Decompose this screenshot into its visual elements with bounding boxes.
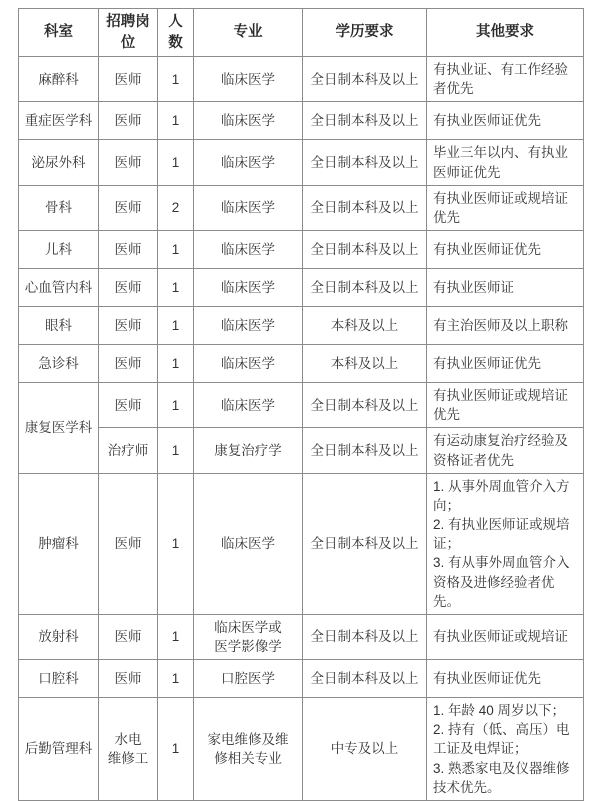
cell-education: 全日制本科及以上: [303, 269, 427, 307]
cell-major: 临床医学或 医学影像学: [194, 614, 303, 659]
cell-department: 肿瘤科: [19, 473, 99, 614]
cell-education: 全日制本科及以上: [303, 140, 427, 185]
cell-position: 医师: [99, 473, 158, 614]
cell-count: 1: [158, 140, 194, 185]
cell-position: 医师: [99, 57, 158, 102]
cell-count: 1: [158, 231, 194, 269]
cell-position: 医师: [99, 231, 158, 269]
cell-education: 中专及以上: [303, 698, 427, 801]
cell-other-requirements: 有执业医师证优先: [427, 231, 584, 269]
cell-count: 2: [158, 185, 194, 230]
cell-major: 口腔医学: [194, 660, 303, 698]
cell-major: 临床医学: [194, 269, 303, 307]
cell-count: 1: [158, 473, 194, 614]
cell-education: 全日制本科及以上: [303, 57, 427, 102]
table-row: 口腔科医师1口腔医学全日制本科及以上有执业医师证优先: [19, 660, 584, 698]
table-row: 放射科医师1临床医学或 医学影像学全日制本科及以上有执业医师证或规培证: [19, 614, 584, 659]
table-row: 后勤管理科水电 维修工1家电维修及维 修相关专业中专及以上1. 年龄 40 周岁…: [19, 698, 584, 801]
cell-count: 1: [158, 428, 194, 473]
cell-major: 家电维修及维 修相关专业: [194, 698, 303, 801]
cell-other-requirements: 1. 从事外周血管介入方向； 2. 有执业医师证或规培证； 3. 有从事外周血管…: [427, 473, 584, 614]
cell-position: 医师: [99, 383, 158, 428]
cell-other-requirements: 有执业医师证优先: [427, 660, 584, 698]
cell-education: 全日制本科及以上: [303, 383, 427, 428]
cell-position: 水电 维修工: [99, 698, 158, 801]
table-row: 眼科医师1临床医学本科及以上有主治医师及以上职称: [19, 307, 584, 345]
cell-other-requirements: 有执业医师证或规培证优先: [427, 383, 584, 428]
header-row: 科室 招聘岗位 人数 专业 学历要求 其他要求: [19, 9, 584, 57]
cell-position: 医师: [99, 660, 158, 698]
recruitment-table: 科室 招聘岗位 人数 专业 学历要求 其他要求 麻醉科医师1临床医学全日制本科及…: [18, 8, 584, 801]
cell-count: 1: [158, 660, 194, 698]
table-row: 重症医学科医师1临床医学全日制本科及以上有执业医师证优先: [19, 102, 584, 140]
cell-count: 1: [158, 345, 194, 383]
cell-major: 临床医学: [194, 345, 303, 383]
cell-major: 临床医学: [194, 140, 303, 185]
cell-department: 儿科: [19, 231, 99, 269]
cell-education: 本科及以上: [303, 345, 427, 383]
cell-education: 本科及以上: [303, 307, 427, 345]
cell-education: 全日制本科及以上: [303, 614, 427, 659]
cell-count: 1: [158, 698, 194, 801]
cell-department: 急诊科: [19, 345, 99, 383]
cell-other-requirements: 1. 年龄 40 周岁以下； 2. 持有（低、高压）电工证及电焊证； 3. 熟悉…: [427, 698, 584, 801]
cell-department: 眼科: [19, 307, 99, 345]
cell-other-requirements: 有执业医师证优先: [427, 345, 584, 383]
cell-position: 医师: [99, 140, 158, 185]
cell-department: 康复医学科: [19, 383, 99, 474]
table-row: 治疗师1康复治疗学全日制本科及以上有运动康复治疗经验及资格证者优先: [19, 428, 584, 473]
cell-department: 放射科: [19, 614, 99, 659]
cell-department: 心血管内科: [19, 269, 99, 307]
header-cell-other-requirements: 其他要求: [427, 9, 584, 57]
table-row: 骨科医师2临床医学全日制本科及以上有执业医师证或规培证优先: [19, 185, 584, 230]
table-row: 康复医学科医师1临床医学全日制本科及以上有执业医师证或规培证优先: [19, 383, 584, 428]
cell-education: 全日制本科及以上: [303, 185, 427, 230]
header-cell-department: 科室: [19, 9, 99, 57]
cell-major: 临床医学: [194, 307, 303, 345]
table-row: 心血管内科医师1临床医学全日制本科及以上有执业医师证: [19, 269, 584, 307]
cell-department: 口腔科: [19, 660, 99, 698]
cell-count: 1: [158, 383, 194, 428]
table-row: 肿瘤科医师1临床医学全日制本科及以上1. 从事外周血管介入方向； 2. 有执业医…: [19, 473, 584, 614]
cell-department: 骨科: [19, 185, 99, 230]
cell-other-requirements: 有执业医师证优先: [427, 102, 584, 140]
table-row: 泌尿外科医师1临床医学全日制本科及以上毕业三年以内、有执业医师证优先: [19, 140, 584, 185]
cell-position: 治疗师: [99, 428, 158, 473]
header-cell-count: 人数: [158, 9, 194, 57]
cell-position: 医师: [99, 614, 158, 659]
table-row: 麻醉科医师1临床医学全日制本科及以上有执业证、有工作经验者优先: [19, 57, 584, 102]
cell-position: 医师: [99, 185, 158, 230]
cell-position: 医师: [99, 269, 158, 307]
cell-count: 1: [158, 57, 194, 102]
cell-education: 全日制本科及以上: [303, 473, 427, 614]
cell-other-requirements: 有主治医师及以上职称: [427, 307, 584, 345]
cell-education: 全日制本科及以上: [303, 428, 427, 473]
cell-other-requirements: 有执业医师证: [427, 269, 584, 307]
cell-other-requirements: 有执业医师证或规培证: [427, 614, 584, 659]
table-row: 儿科医师1临床医学全日制本科及以上有执业医师证优先: [19, 231, 584, 269]
cell-count: 1: [158, 307, 194, 345]
cell-education: 全日制本科及以上: [303, 102, 427, 140]
cell-education: 全日制本科及以上: [303, 231, 427, 269]
cell-department: 麻醉科: [19, 57, 99, 102]
cell-major: 康复治疗学: [194, 428, 303, 473]
cell-other-requirements: 有执业医师证或规培证优先: [427, 185, 584, 230]
cell-other-requirements: 有执业证、有工作经验者优先: [427, 57, 584, 102]
page: 科室 招聘岗位 人数 专业 学历要求 其他要求 麻醉科医师1临床医学全日制本科及…: [0, 0, 589, 763]
cell-other-requirements: 毕业三年以内、有执业医师证优先: [427, 140, 584, 185]
cell-department: 重症医学科: [19, 102, 99, 140]
header-cell-position: 招聘岗位: [99, 9, 158, 57]
cell-major: 临床医学: [194, 102, 303, 140]
header-cell-education: 学历要求: [303, 9, 427, 57]
cell-count: 1: [158, 269, 194, 307]
table-row: 急诊科医师1临床医学本科及以上有执业医师证优先: [19, 345, 584, 383]
table-body: 麻醉科医师1临床医学全日制本科及以上有执业证、有工作经验者优先重症医学科医师1临…: [19, 57, 584, 801]
cell-count: 1: [158, 102, 194, 140]
cell-major: 临床医学: [194, 57, 303, 102]
cell-department: 泌尿外科: [19, 140, 99, 185]
cell-count: 1: [158, 614, 194, 659]
cell-major: 临床医学: [194, 185, 303, 230]
cell-position: 医师: [99, 345, 158, 383]
cell-education: 全日制本科及以上: [303, 660, 427, 698]
cell-major: 临床医学: [194, 383, 303, 428]
cell-department: 后勤管理科: [19, 698, 99, 801]
header-cell-major: 专业: [194, 9, 303, 57]
cell-other-requirements: 有运动康复治疗经验及资格证者优先: [427, 428, 584, 473]
cell-major: 临床医学: [194, 473, 303, 614]
cell-position: 医师: [99, 102, 158, 140]
cell-position: 医师: [99, 307, 158, 345]
cell-major: 临床医学: [194, 231, 303, 269]
